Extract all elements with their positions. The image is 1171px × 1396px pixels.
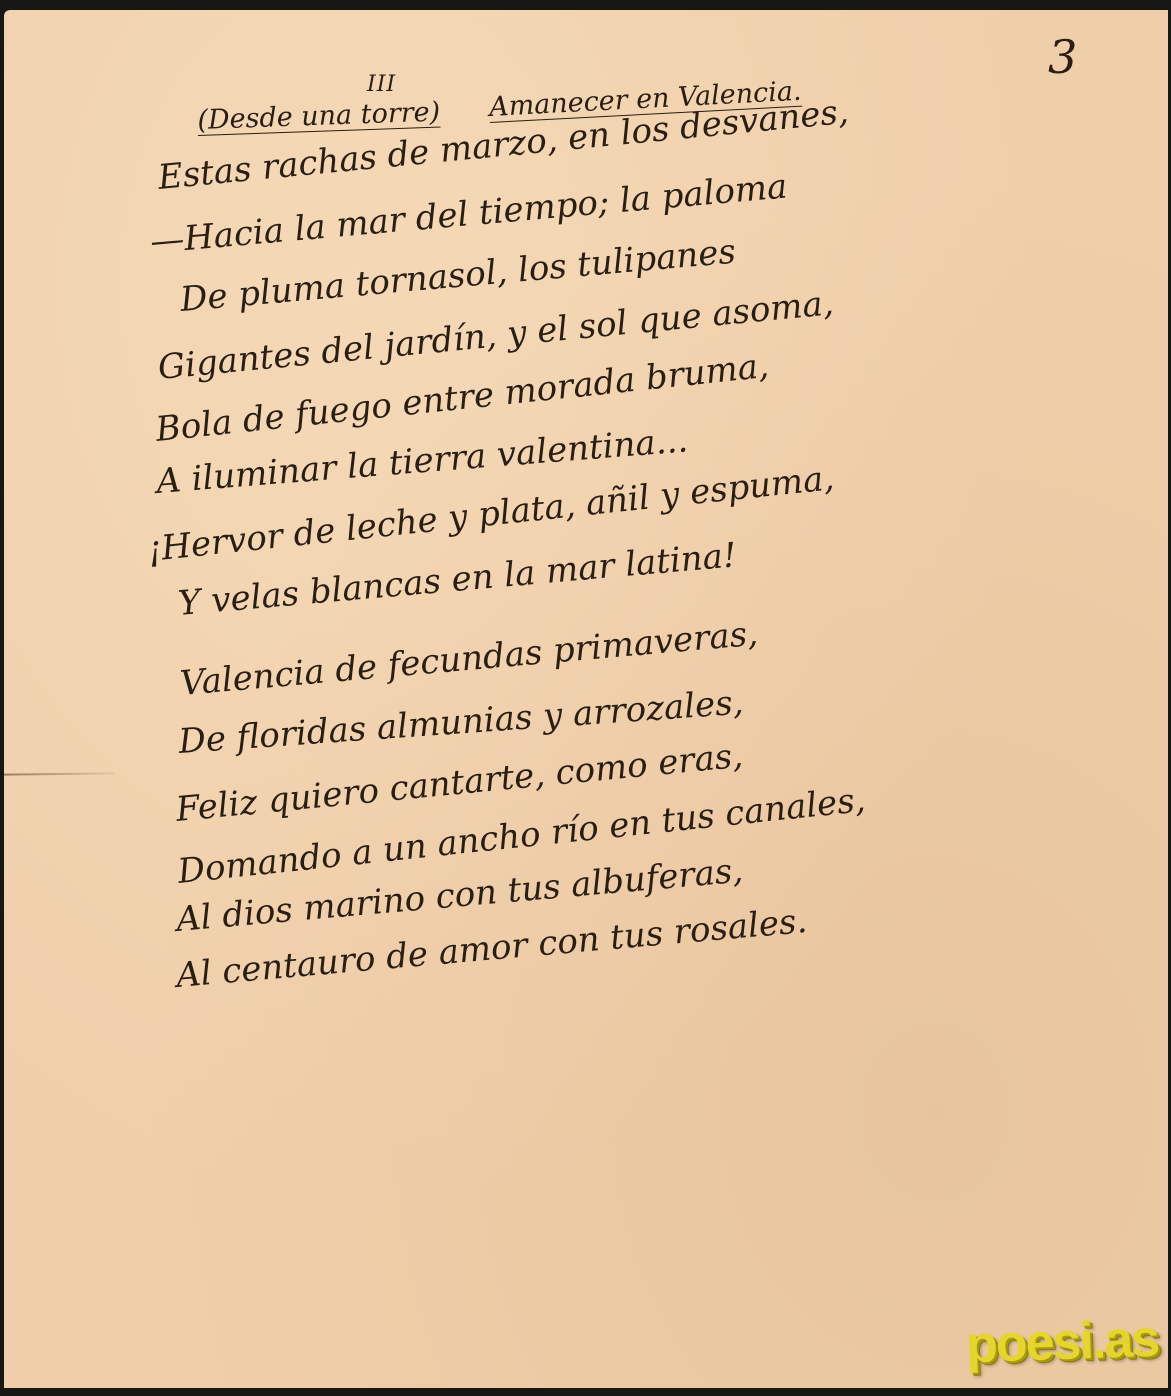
- section-numeral: III: [367, 72, 396, 97]
- paper-fold-crease: [4, 772, 114, 775]
- poesias-watermark-logo: poesi.as: [965, 1309, 1159, 1376]
- page-number: 3: [1048, 30, 1077, 84]
